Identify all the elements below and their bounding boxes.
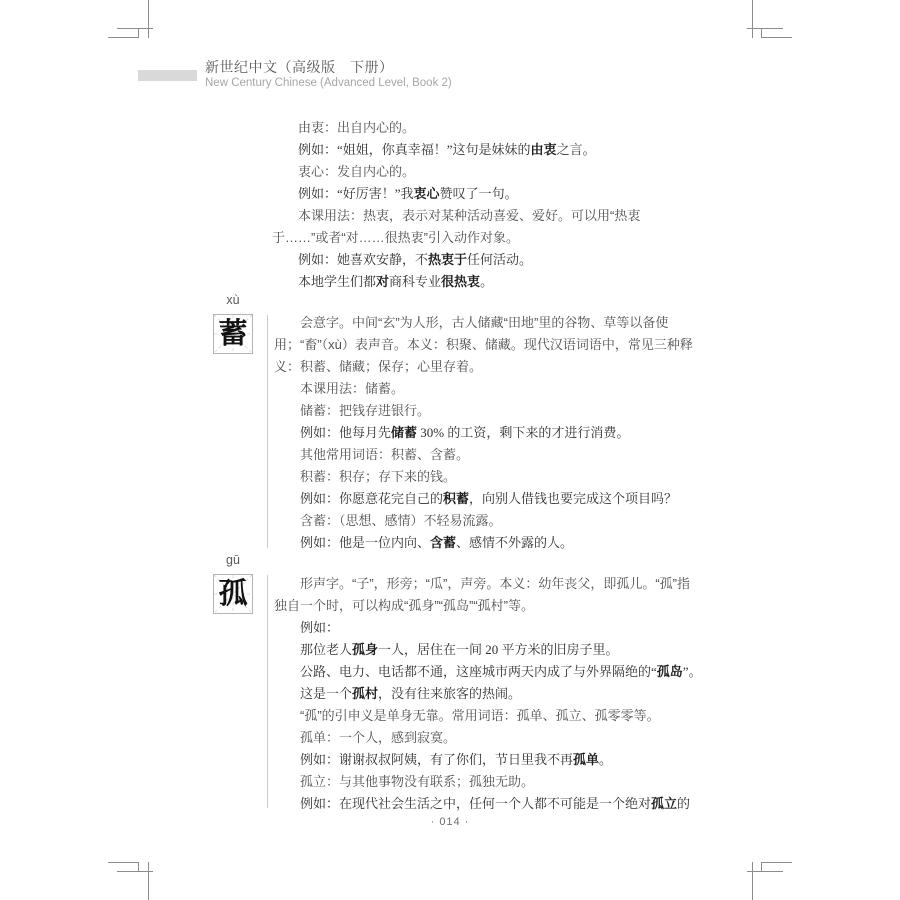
entry-divider: [267, 575, 268, 808]
crop-mark-top-left: [108, 0, 153, 38]
text-line: 形声字。“子”，形旁；“瓜”，声旁。本义：幼年丧父，即孤儿。“孤”指独自一个时，…: [274, 573, 693, 617]
text-line: 例如：“好厉害！”我衷心赞叹了一句。: [272, 183, 691, 205]
entry-gu-paragraphs: 形声字。“子”，形旁；“瓜”，声旁。本义：幼年丧父，即孤儿。“孤”指独自一个时，…: [274, 573, 693, 815]
text-line: 孤立：与其他事物没有联系；孤独无助。: [274, 771, 693, 793]
character-box: 蓄: [213, 314, 253, 354]
text-line: 由衷：出自内心的。: [272, 117, 691, 139]
text-line: “孤”的引申义是单身无靠。常用词语：孤单、孤立、孤零零等。: [274, 705, 693, 727]
text-line: 例如：: [274, 617, 693, 639]
pinyin-label: xù: [213, 293, 253, 307]
crop-mark-bottom-right: [747, 862, 792, 900]
crop-mark-bottom-left: [108, 862, 153, 900]
text-line: 积蓄：积存；存下来的钱。: [274, 466, 693, 488]
text-line: 本课用法：热衷，表示对某种活动喜爱、爱好。可以用“热衷于……”或者“对……很热衷…: [272, 205, 691, 249]
text-line: 例如：“姐姐，你真幸福！”这句是妹妹的由衷之言。: [272, 139, 691, 161]
text-line: 例如：他每月先储蓄 30% 的工资，剩下来的才进行消费。: [274, 422, 693, 444]
text-line: 本地学生们都对商科专业很热衷。: [272, 271, 691, 293]
text-line: 储蓄：把钱存进银行。: [274, 400, 693, 422]
text-line: 本课用法：储蓄。: [274, 378, 693, 400]
book-page: 新世纪中文（高级版 下册） New Century Chinese (Advan…: [0, 0, 900, 900]
character-glyph: 孤: [214, 575, 252, 613]
entry-xu-paragraphs: 会意字。中间“玄”为人形，古人储藏“田地”里的谷物、草等以备使用；“畜”（xù）…: [274, 312, 693, 554]
entry-zhong-paragraphs: 由衷：出自内心的。例如：“姐姐，你真幸福！”这句是妹妹的由衷之言。衷心：发自内心…: [272, 117, 691, 293]
text-line: 公路、电力、电话都不通，这座城市两天内成了与外界隔绝的“孤岛”。: [274, 661, 693, 683]
text-line: 这是一个孤村，没有往来旅客的热闹。: [274, 683, 693, 705]
text-line: 孤单：一个人，感到寂寞。: [274, 727, 693, 749]
text-line: 其他常用词语：积蓄、含蓄。: [274, 444, 693, 466]
text-line: 例如：他是一位内向、含蓄、感情不外露的人。: [274, 532, 693, 554]
text-line: 例如：她喜欢安静，不热衷于任何活动。: [272, 249, 691, 271]
character-box: 孤: [213, 574, 253, 614]
text-line: 会意字。中间“玄”为人形，古人储藏“田地”里的谷物、草等以备使用；“畜”（xù）…: [274, 312, 693, 378]
text-line: 例如：在现代社会生活之中，任何一个人都不可能是一个绝对孤立的: [274, 793, 693, 815]
crop-mark-top-right: [747, 0, 792, 38]
text-line: 例如：你愿意花完自己的积蓄，向别人借钱也要完成这个项目吗？: [274, 488, 693, 510]
book-title-zh: 新世纪中文（高级版 下册）: [205, 57, 394, 77]
text-line: 那位老人孤身一人，居住在一间 20 平方米的旧房子里。: [274, 639, 693, 661]
pinyin-label: gū: [213, 553, 253, 567]
page-number: · 014 ·: [0, 816, 900, 828]
text-line: 衷心：发自内心的。: [272, 161, 691, 183]
entry-divider: [267, 315, 268, 548]
text-line: 含蓄：（思想、感情）不轻易流露。: [274, 510, 693, 532]
character-glyph: 蓄: [214, 315, 252, 353]
book-title-en: New Century Chinese (Advanced Level, Boo…: [205, 77, 452, 89]
header-accent-bar: [138, 70, 197, 81]
text-line: 例如：谢谢叔叔阿姨，有了你们，节日里我不再孤单。: [274, 749, 693, 771]
